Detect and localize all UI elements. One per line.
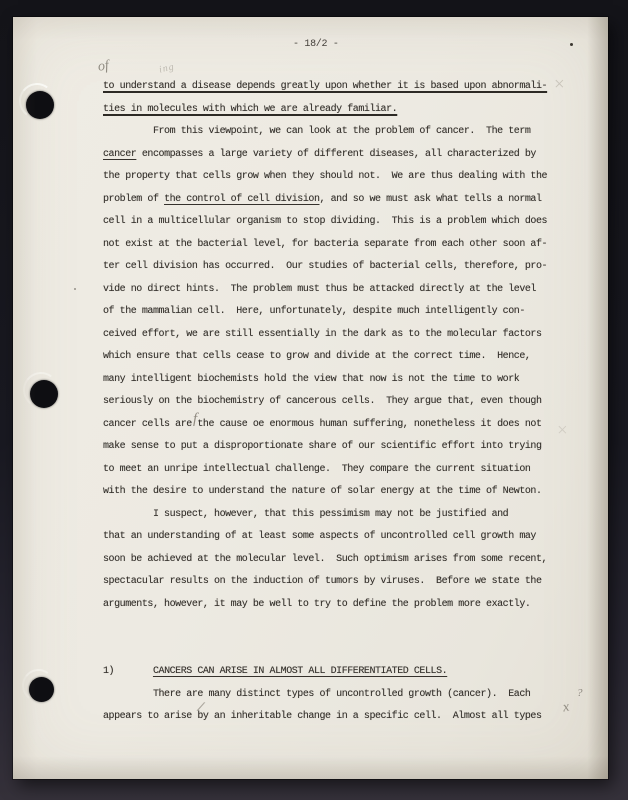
text-line: I suspect, however, that this pessimism … xyxy=(103,504,573,527)
blank-line xyxy=(103,639,573,662)
text-segment: appears to arise by an inheritable chang… xyxy=(103,711,542,722)
hole-punch-bottom xyxy=(29,677,54,702)
text-line: cancer encompasses a large variety of di… xyxy=(103,144,573,167)
underlined-text: CANCERS CAN ARISE IN ALMOST ALL DIFFEREN… xyxy=(153,666,447,677)
text-line: to understand a disease depends greatly … xyxy=(103,76,573,99)
text-segment: many intelligent biochemists hold the vi… xyxy=(103,374,519,385)
document-page: - 18/2 - to understand a disease depends… xyxy=(13,17,608,779)
text-segment: which ensure that cells cease to grow an… xyxy=(103,351,530,362)
pencil-annotation-question: ? xyxy=(577,687,583,699)
text-line: make sense to put a disproportionate sha… xyxy=(103,436,573,459)
text-segment: encompasses a large variety of different… xyxy=(136,149,536,160)
text-line: problem of the control of cell division,… xyxy=(103,189,573,212)
pencil-correction-f: f xyxy=(193,411,197,428)
text-line: ter cell division has occurred. Our stud… xyxy=(103,256,573,279)
text-segment: ter cell division has occurred. Our stud… xyxy=(103,261,547,272)
text-segment: of the mammalian cell. Here, unfortunate… xyxy=(103,306,525,317)
text-line: which ensure that cells cease to grow an… xyxy=(103,346,573,369)
text-segment: that an understanding of at least some a… xyxy=(103,531,536,542)
pencil-annotation-of: of xyxy=(97,58,110,75)
text-segment: to meet an unripe intellectual challenge… xyxy=(103,464,530,475)
hole-punch-top xyxy=(26,91,54,119)
text-segment: 1) xyxy=(103,666,153,677)
blank-line xyxy=(103,616,573,639)
text-segment: cancer cells are the cause oe enormous h… xyxy=(103,419,542,430)
underlined-text: cancer xyxy=(103,149,136,160)
text-segment: soon be achieved at the molecular level.… xyxy=(103,554,547,565)
text-line: ceived effort, we are still essentially … xyxy=(103,324,573,347)
text-line: arguments, however, it may be well to tr… xyxy=(103,594,573,617)
page-number: - 18/2 - xyxy=(293,39,339,50)
margin-check-x-top: × xyxy=(554,74,565,96)
ink-speck xyxy=(74,288,76,290)
text-segment: , and so we must ask what tells a normal xyxy=(320,194,542,205)
text-line: cell in a multicellular organism to stop… xyxy=(103,211,573,234)
text-line: spectacular results on the induction of … xyxy=(103,571,573,594)
pencil-annotation-ing: ing xyxy=(158,61,176,75)
hole-punch-middle xyxy=(30,380,58,408)
text-segment: cell in a multicellular organism to stop… xyxy=(103,216,547,227)
text-segment: problem of xyxy=(103,194,164,205)
text-line: From this viewpoint, we can look at the … xyxy=(103,121,573,144)
underlined-text: the control of cell division xyxy=(164,194,319,205)
text-line: soon be achieved at the molecular level.… xyxy=(103,549,573,572)
text-line: cancer cells are the cause oe enormous h… xyxy=(103,414,573,437)
text-line: There are many distinct types of uncontr… xyxy=(103,684,573,707)
text-segment: make sense to put a disproportionate sha… xyxy=(103,441,542,452)
text-line: to meet an unripe intellectual challenge… xyxy=(103,459,573,482)
text-line: that an understanding of at least some a… xyxy=(103,526,573,549)
underlined-text: to understand a disease depends greatly … xyxy=(103,81,547,92)
section-heading: 1) CANCERS CAN ARISE IN ALMOST ALL DIFFE… xyxy=(103,661,573,684)
text-segment: with the desire to understand the nature… xyxy=(103,486,542,497)
text-segment: the property that cells grow when they s… xyxy=(103,171,547,182)
scan-background: - 18/2 - to understand a disease depends… xyxy=(0,0,628,800)
text-segment: seriously on the biochemistry of cancero… xyxy=(103,396,542,407)
text-line: many intelligent biochemists hold the vi… xyxy=(103,369,573,392)
text-segment: From this viewpoint, we can look at the … xyxy=(103,126,530,137)
margin-check-x-middle: × xyxy=(557,420,568,442)
text-line: the property that cells grow when they s… xyxy=(103,166,573,189)
text-line: appears to arise by an inheritable chang… xyxy=(103,706,573,729)
text-line: not exist at the bacterial level, for ba… xyxy=(103,234,573,257)
text-segment: spectacular results on the induction of … xyxy=(103,576,542,587)
text-line: seriously on the biochemistry of cancero… xyxy=(103,391,573,414)
text-segment: I suspect, however, that this pessimism … xyxy=(103,509,508,520)
ink-speck xyxy=(570,43,573,46)
text-segment: vide no direct hints. The problem must t… xyxy=(103,284,536,295)
text-line: of the mammalian cell. Here, unfortunate… xyxy=(103,301,573,324)
text-line: with the desire to understand the nature… xyxy=(103,481,573,504)
text-line: ties in molecules with which we are alre… xyxy=(103,99,573,122)
text-segment: not exist at the bacterial level, for ba… xyxy=(103,239,547,250)
typewritten-text: to understand a disease depends greatly … xyxy=(103,76,573,729)
text-segment: There are many distinct types of uncontr… xyxy=(103,689,530,700)
text-segment: arguments, however, it may be well to tr… xyxy=(103,599,530,610)
text-line: vide no direct hints. The problem must t… xyxy=(103,279,573,302)
text-segment: ceived effort, we are still essentially … xyxy=(103,329,542,340)
underlined-text: ties in molecules with which we are alre… xyxy=(103,104,397,115)
